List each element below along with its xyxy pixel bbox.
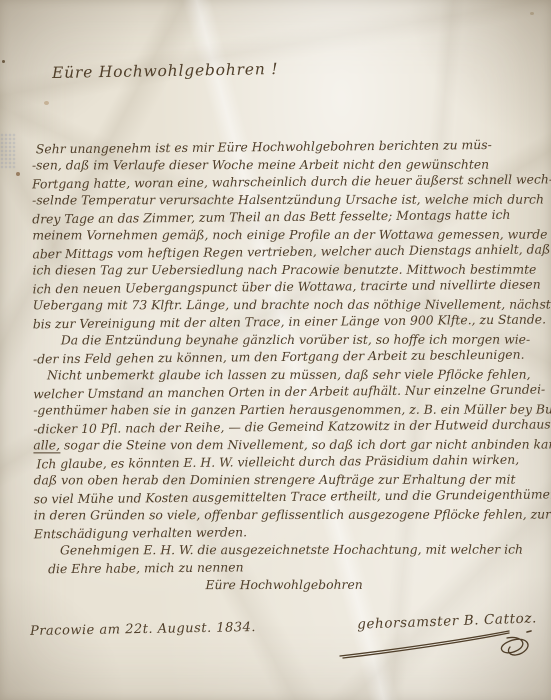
signature-block: gehorsamster B. Cattoz.	[327, 614, 537, 670]
text-line: drey Tage an das Zimmer, zum Theil an da…	[32, 206, 532, 228]
text-line: aber Mittags vom heftigen Regen vertrieb…	[32, 241, 532, 263]
text-line: bis zur Vereinigung mit der alten Trace,…	[33, 311, 533, 333]
faint-blue-stamp	[0, 133, 16, 169]
text-line: welcher Umstand an manchen Orten in der …	[33, 381, 533, 403]
text-line: so viel Mühe und Kosten ausgemittelten T…	[34, 486, 534, 508]
underlined-word: alle,	[33, 437, 60, 453]
signature-paraph-flourish	[337, 626, 537, 670]
text-line: -der ins Feld gehen zu können, um den Fo…	[33, 346, 533, 368]
text-line: -dicker 10 Pfl. nach der Reihe, — die Ge…	[33, 416, 533, 438]
text-line: ich den neuen Uebergangspunct über die W…	[33, 276, 533, 298]
paper-speck	[530, 12, 534, 15]
document-page: Eüre Hochwohlgebohren ! Sehr unangenehm …	[0, 0, 551, 700]
text-line: Eüre Hochwohlgebohren	[34, 575, 534, 593]
text-line: die Ehre habe, mich zu nennen	[34, 556, 534, 578]
paper-speck	[2, 60, 5, 63]
text-line: Fortgang hatte, woran eine, wahrscheinli…	[32, 171, 532, 193]
text-line: Sehr unangenehm ist es mir Eüre Hochwohl…	[32, 136, 532, 158]
dateline: Pracowie am 22t. August. 1834.	[30, 620, 256, 639]
text-line: Ich glaube, es könnten E. H. W. vielleic…	[33, 451, 533, 473]
text-line: Entschädigung verhalten werden.	[34, 521, 534, 543]
paper-speck	[16, 172, 20, 176]
letter-body: Sehr unangenehm ist es mir Eüre Hochwohl…	[32, 137, 534, 595]
paper-speck	[44, 101, 49, 105]
salutation-line: Eüre Hochwohlgebohren !	[52, 60, 279, 82]
